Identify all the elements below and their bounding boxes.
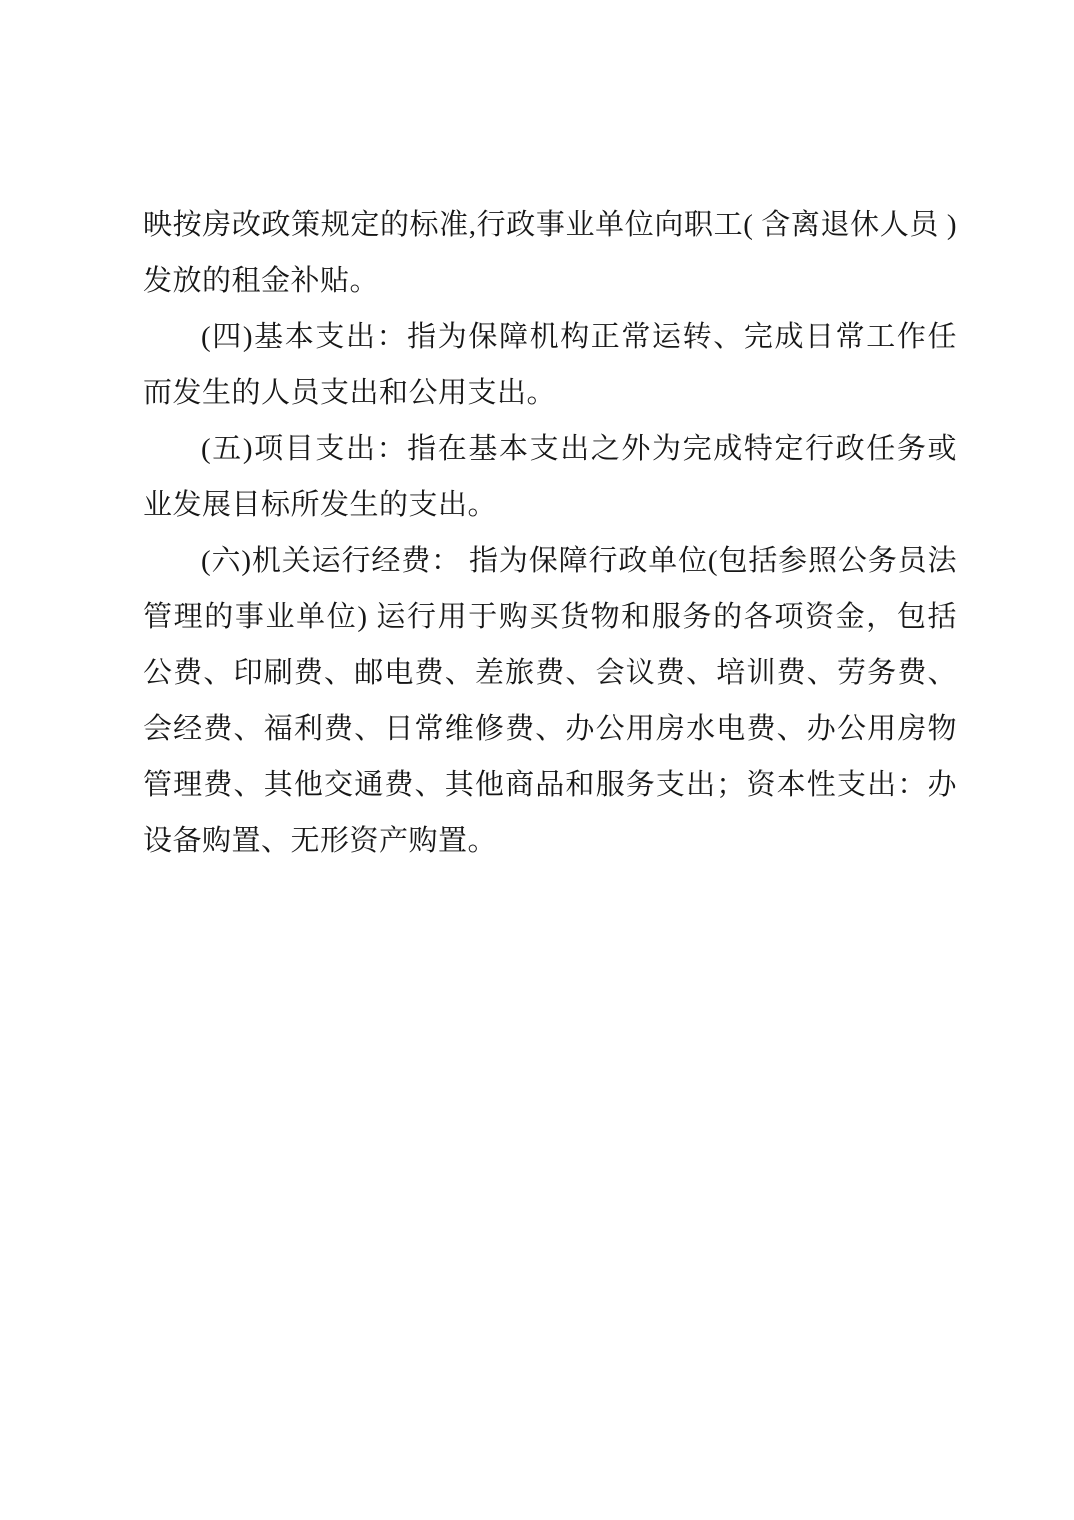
text-line-item-six: (六)机关运行经费： 指为保障行政单位(包括参照公务员法: [143, 533, 957, 589]
text-line: 会经费、福利费、日常维修费、办公用房水电费、办公用房物业: [143, 701, 957, 757]
document-page: 映按房改政策规定的标准,行政事业单位向职工( 含离退休人员 ) 发放的租金补贴。…: [0, 0, 1074, 1520]
text-line-item-five: (五)项目支出：指在基本支出之外为完成特定行政任务或事: [143, 421, 957, 477]
text-line: 映按房改政策规定的标准,行政事业单位向职工( 含离退休人员 ): [143, 197, 957, 253]
text-block: 映按房改政策规定的标准,行政事业单位向职工( 含离退休人员 ) 发放的租金补贴。…: [143, 197, 957, 869]
text-line: 公费、印刷费、邮电费、差旅费、会议费、培训费、劳务费、工: [143, 645, 957, 701]
text-line-item-four: (四)基本支出：指为保障机构正常运转、完成日常工作任务: [143, 309, 957, 365]
text-line: 设备购置、无形资产购置。: [143, 813, 957, 869]
text-line: 管理的事业单位) 运行用于购买货物和服务的各项资金，包括办: [143, 589, 957, 645]
text-line: 业发展目标所发生的支出。: [143, 477, 957, 533]
text-line: 管理费、其他交通费、其他商品和服务支出；资本性支出：办公: [143, 757, 957, 813]
text-line: 发放的租金补贴。: [143, 253, 957, 309]
text-line: 而发生的人员支出和公用支出。: [143, 365, 957, 421]
